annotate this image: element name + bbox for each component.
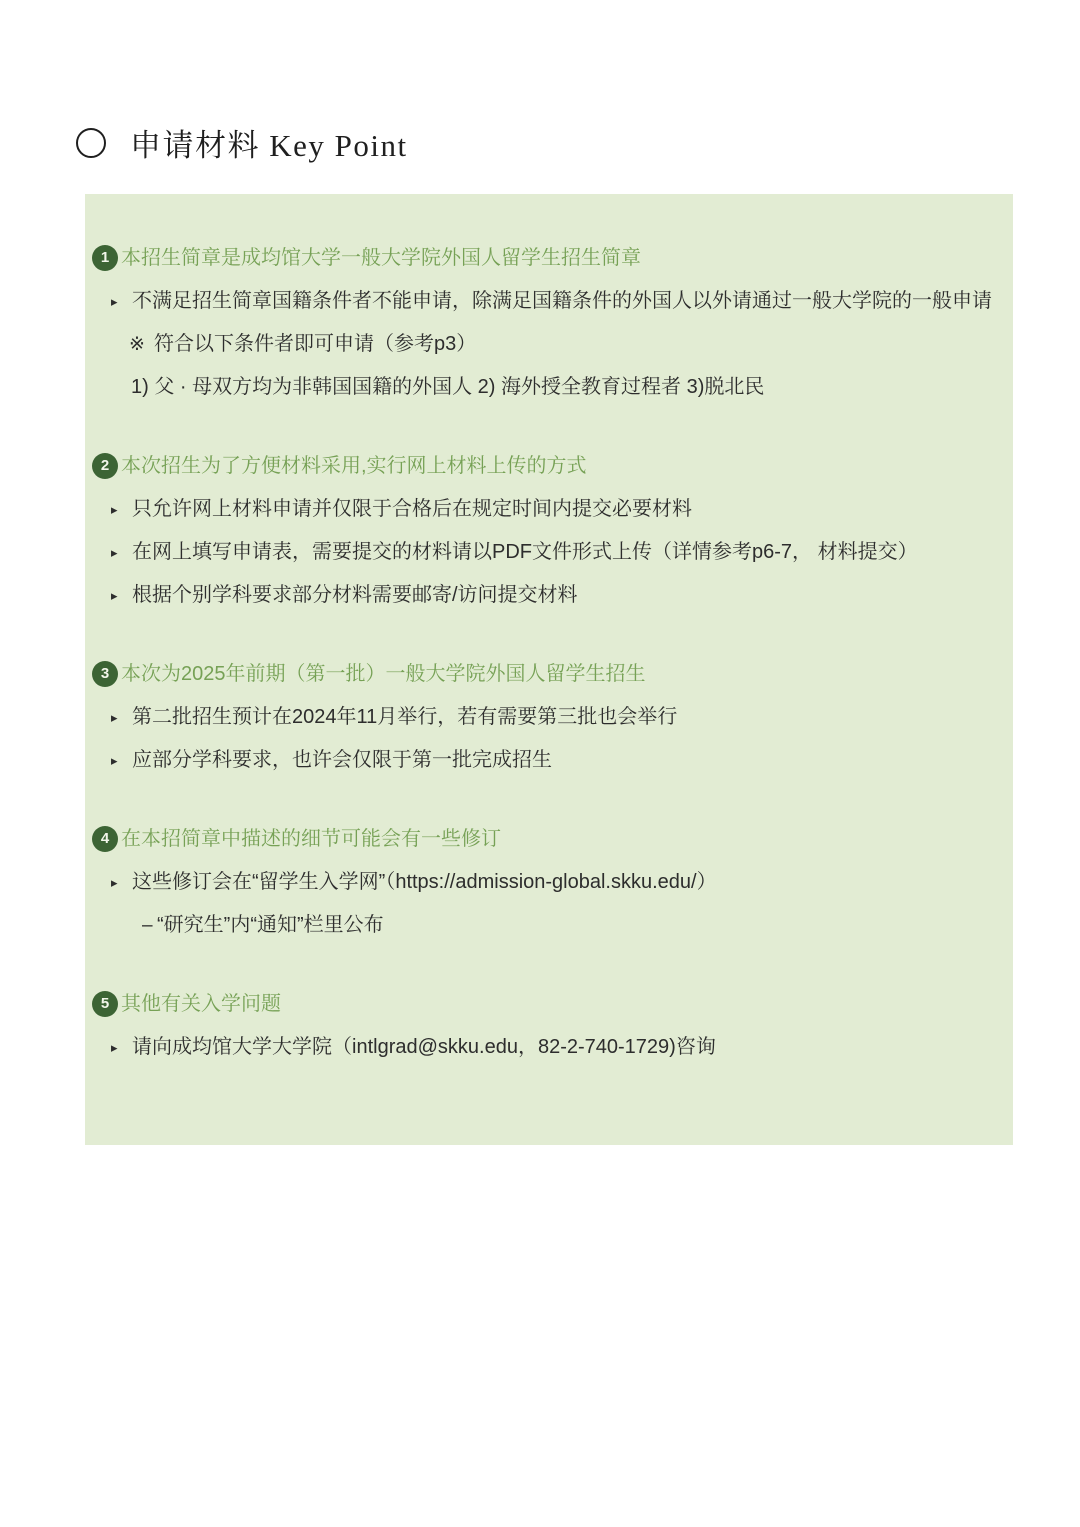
list-item: ※符合以下条件者即可申请（参考p3） — [85, 323, 995, 366]
list-item-text: 在网上填写申请表，需要提交的材料请以PDF文件形式上传（详情参考p6-7， 材料… — [132, 541, 918, 563]
section-heading: 5其他有关入学问题 — [85, 983, 995, 1026]
section-heading-text: 其他有关入学问题 — [121, 993, 281, 1015]
list-item-text: 1) 父 · 母双方均为非韩国国籍的外国人 2) 海外授全教育过程者 3)脱北民 — [131, 376, 764, 398]
list-item-text: 符合以下条件者即可申请（参考p3） — [154, 333, 476, 355]
page-title: 申请材料 Key Point — [76, 120, 408, 165]
circle-bullet-icon — [76, 128, 106, 158]
number-badge-icon: 1 — [92, 245, 118, 271]
list-item: 1) 父 · 母双方均为非韩国国籍的外国人 2) 海外授全教育过程者 3)脱北民 — [85, 366, 995, 409]
list-item: –“研究生”内“通知”栏里公布 — [85, 904, 995, 947]
list-item-text: 这些修订会在“留学生入学网”（https://admission-global.… — [132, 871, 717, 893]
list-item-text: 不满足招生简章国籍条件者不能申请，除满足国籍条件的外国人以外请通过一般大学院的一… — [132, 290, 992, 312]
page-title-text: 申请材料 Key Point — [130, 120, 408, 165]
triangle-bullet-icon: ▸ — [111, 739, 118, 782]
section-heading: 4在本招简章中描述的细节可能会有一些修订 — [85, 818, 995, 861]
section-5: 5其他有关入学问题▸请向成均馆大学大学院（intlgrad@skku.edu，8… — [85, 983, 995, 1069]
triangle-bullet-icon: ▸ — [111, 696, 118, 739]
section-heading: 1本招生简章是成均馆大学一般大学院外国人留学生招生简章 — [85, 237, 995, 280]
section-4: 4在本招简章中描述的细节可能会有一些修订▸这些修订会在“留学生入学网”（http… — [85, 818, 995, 947]
section-heading-text: 本招生简章是成均馆大学一般大学院外国人留学生招生简章 — [121, 247, 641, 269]
triangle-bullet-icon: ▸ — [111, 861, 118, 904]
list-item: ▸不满足招生简章国籍条件者不能申请，除满足国籍条件的外国人以外请通过一般大学院的… — [85, 280, 995, 323]
reference-mark-icon: ※ — [129, 323, 145, 366]
triangle-bullet-icon: ▸ — [111, 280, 118, 323]
number-badge-icon: 2 — [92, 453, 118, 479]
triangle-bullet-icon: ▸ — [111, 531, 118, 574]
section-1: 1本招生简章是成均馆大学一般大学院外国人留学生招生简章▸不满足招生简章国籍条件者… — [85, 237, 995, 409]
keypoint-panel: 1本招生简章是成均馆大学一般大学院外国人留学生招生简章▸不满足招生简章国籍条件者… — [85, 194, 1013, 1145]
list-item: ▸第二批招生预计在2024年11月举行，若有需要第三批也会举行 — [85, 696, 995, 739]
section-heading: 3本次为2025年前期（第一批）一般大学院外国人留学生招生 — [85, 653, 995, 696]
section-2: 2本次招生为了方便材料采用,实行网上材料上传的方式▸只允许网上材料申请并仅限于合… — [85, 445, 995, 617]
list-item: ▸请向成均馆大学大学院（intlgrad@skku.edu，82-2-740-1… — [85, 1026, 995, 1069]
section-heading-text: 本次招生为了方便材料采用,实行网上材料上传的方式 — [121, 455, 587, 477]
list-item-text: 第二批招生预计在2024年11月举行，若有需要第三批也会举行 — [132, 706, 677, 728]
triangle-bullet-icon: ▸ — [111, 488, 118, 531]
list-item: ▸在网上填写申请表，需要提交的材料请以PDF文件形式上传（详情参考p6-7， 材… — [85, 531, 995, 574]
list-item: ▸根据个别学科要求部分材料需要邮寄/访问提交材料 — [85, 574, 995, 617]
list-item: ▸应部分学科要求，也许会仅限于第一批完成招生 — [85, 739, 995, 782]
section-heading: 2本次招生为了方便材料采用,实行网上材料上传的方式 — [85, 445, 995, 488]
number-badge-icon: 3 — [92, 661, 118, 687]
list-item: ▸只允许网上材料申请并仅限于合格后在规定时间内提交必要材料 — [85, 488, 995, 531]
list-item-text: 应部分学科要求，也许会仅限于第一批完成招生 — [132, 749, 552, 771]
list-item-text: 只允许网上材料申请并仅限于合格后在规定时间内提交必要材料 — [132, 498, 692, 520]
list-item-text: 请向成均馆大学大学院（intlgrad@skku.edu，82-2-740-17… — [132, 1036, 716, 1058]
section-heading-text: 本次为2025年前期（第一批）一般大学院外国人留学生招生 — [121, 663, 646, 685]
section-heading-text: 在本招简章中描述的细节可能会有一些修订 — [121, 828, 501, 850]
triangle-bullet-icon: ▸ — [111, 1026, 118, 1069]
section-3: 3本次为2025年前期（第一批）一般大学院外国人留学生招生▸第二批招生预计在20… — [85, 653, 995, 782]
dash-icon: – — [142, 904, 153, 947]
list-item-text: “研究生”内“通知”栏里公布 — [157, 914, 384, 936]
list-item: ▸这些修订会在“留学生入学网”（https://admission-global… — [85, 861, 995, 904]
list-item-text: 根据个别学科要求部分材料需要邮寄/访问提交材料 — [132, 584, 578, 606]
triangle-bullet-icon: ▸ — [111, 574, 118, 617]
number-badge-icon: 4 — [92, 826, 118, 852]
number-badge-icon: 5 — [92, 991, 118, 1017]
